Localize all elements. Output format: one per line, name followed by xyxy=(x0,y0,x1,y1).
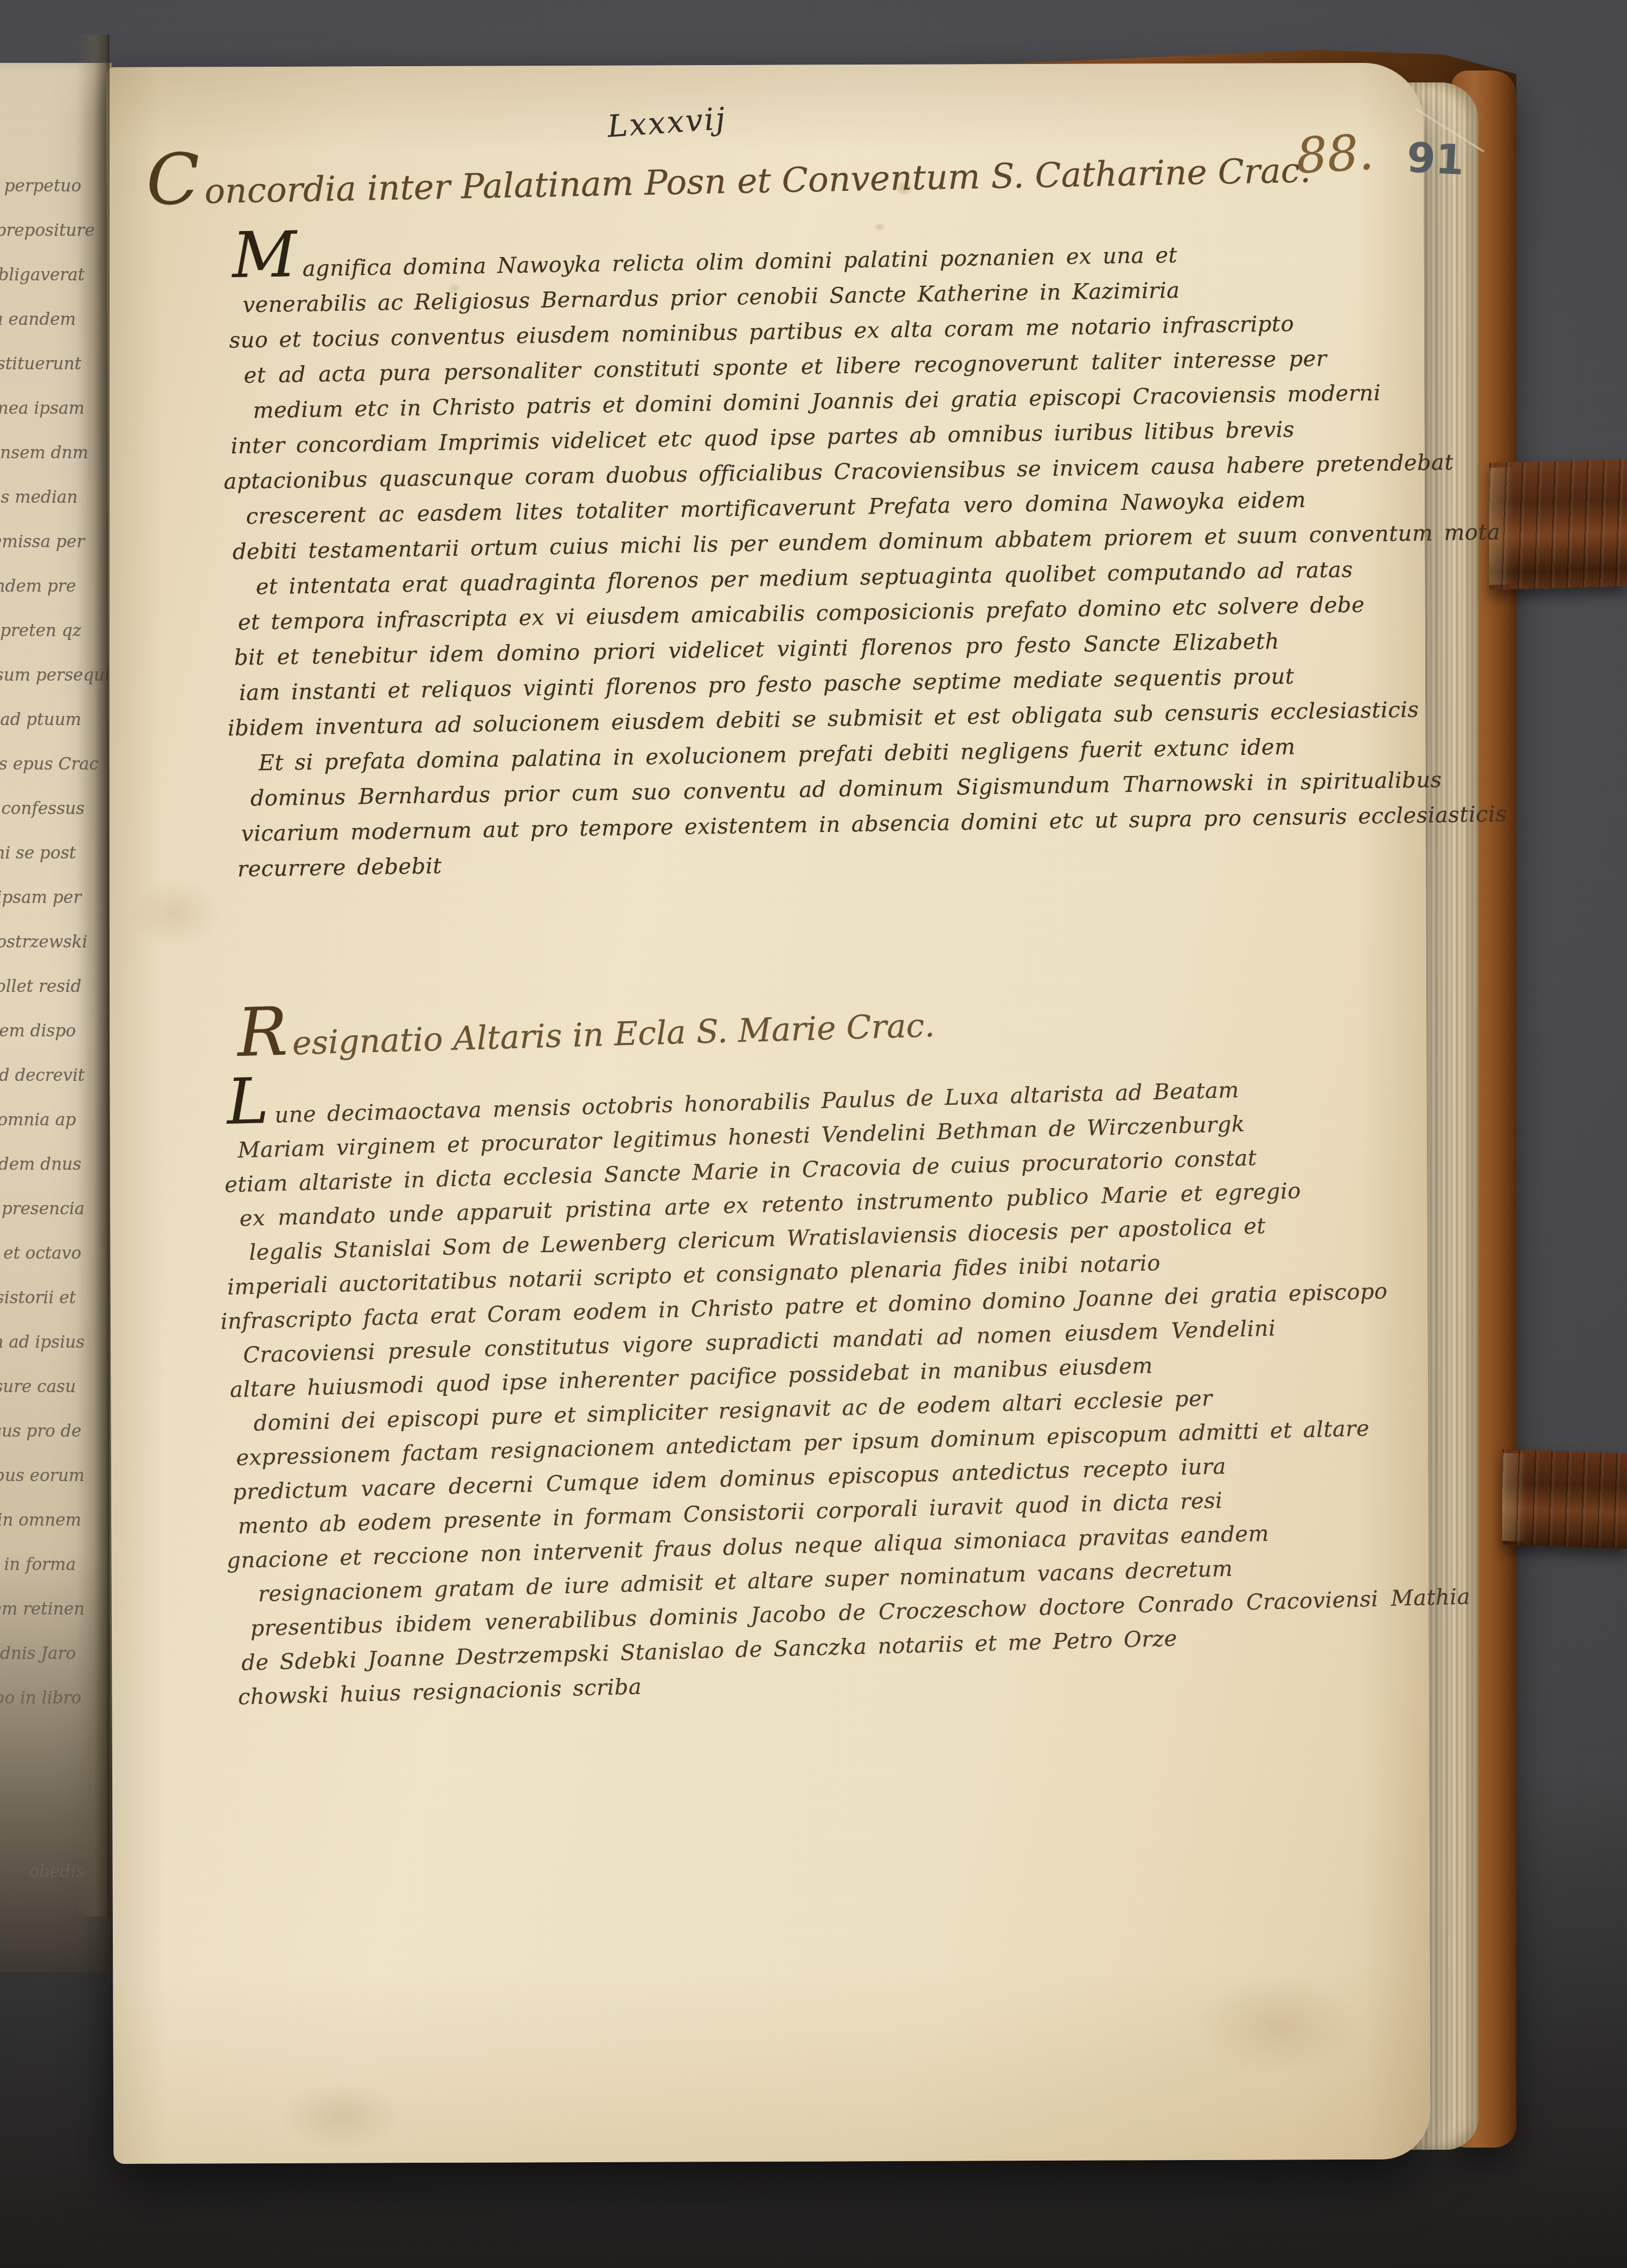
entry-text-resignatio: Lune decimaoctava mensis octobris honora… xyxy=(227,1068,1472,1715)
text-line: obedis xyxy=(0,1849,85,1894)
text-line: pntibus dnis Jaro xyxy=(0,1631,76,1676)
text-line: prepositi confessus xyxy=(0,786,85,831)
text-line: eiusdem prepositure xyxy=(0,208,76,253)
text-line: andere Costrzewski xyxy=(0,920,85,964)
text-line: Consistorii et xyxy=(0,1276,76,1320)
text-line: icatis se ad ptuum xyxy=(0,697,81,742)
strap-creases xyxy=(1489,459,1627,590)
text-line: idem dnus xyxy=(0,1142,81,1187)
text-line: acto in forma xyxy=(0,1542,76,1587)
leather-strap-top xyxy=(1489,459,1627,590)
text-line: de eadem dispo xyxy=(0,1009,76,1053)
gutter-edge xyxy=(76,35,110,1917)
text-line: ptene restituerunt xyxy=(0,342,81,386)
text-line: cionem obligaverat xyxy=(0,253,85,297)
text-line: mea ipsam per xyxy=(0,875,81,920)
text-line: circa eandem xyxy=(0,297,76,342)
text-line: de mea ipsam xyxy=(0,386,85,431)
text-line: eorum ipsum persequi xyxy=(0,653,85,697)
text-line: facta et octavo xyxy=(0,1231,81,1276)
text-line: scribo in libro xyxy=(0,1676,81,1720)
text-line: valoris preten qz xyxy=(0,608,81,653)
text-line: Kazimiriensem dnm xyxy=(0,431,81,475)
strap-creases xyxy=(1502,1449,1627,1549)
text-line: oni in omnem xyxy=(0,1498,81,1542)
text-line: hec ipsa perpetuo xyxy=(0,164,81,208)
text-line: per omnia ap xyxy=(0,1098,76,1142)
entry-text-concordia: Magnifica domina Nawoyka relicta olim do… xyxy=(232,233,1508,887)
page-number-pencil: 91 xyxy=(1406,133,1465,184)
text-line: qui nollet resid xyxy=(0,964,81,1009)
text-line: ad sedem retinen xyxy=(0,1587,85,1631)
text-line: ad eandem pre xyxy=(0,564,76,608)
manuscript-photo: hec ipsa perpetuoeiusdem prepositurecion… xyxy=(0,0,1627,2268)
text-line: quodquid decrevit xyxy=(0,1053,85,1098)
text-line: aplice presencia xyxy=(0,1187,85,1231)
text-line: dicti premissa per xyxy=(0,520,85,564)
text-line: census pro de xyxy=(0,1409,81,1453)
text-line: dni se post xyxy=(0,831,76,875)
text-line: censure casu xyxy=(0,1364,76,1409)
text-line: manibus eorum xyxy=(0,1453,85,1498)
facing-page-text: hec ipsa perpetuoeiusdem prepositurecion… xyxy=(0,164,81,1894)
text-line: dicto dnus epus Crac xyxy=(0,742,76,786)
text-line: nostram ad ipsius xyxy=(0,1320,85,1364)
leather-strap-bottom xyxy=(1502,1449,1627,1549)
text-line: contractus median xyxy=(0,475,76,520)
